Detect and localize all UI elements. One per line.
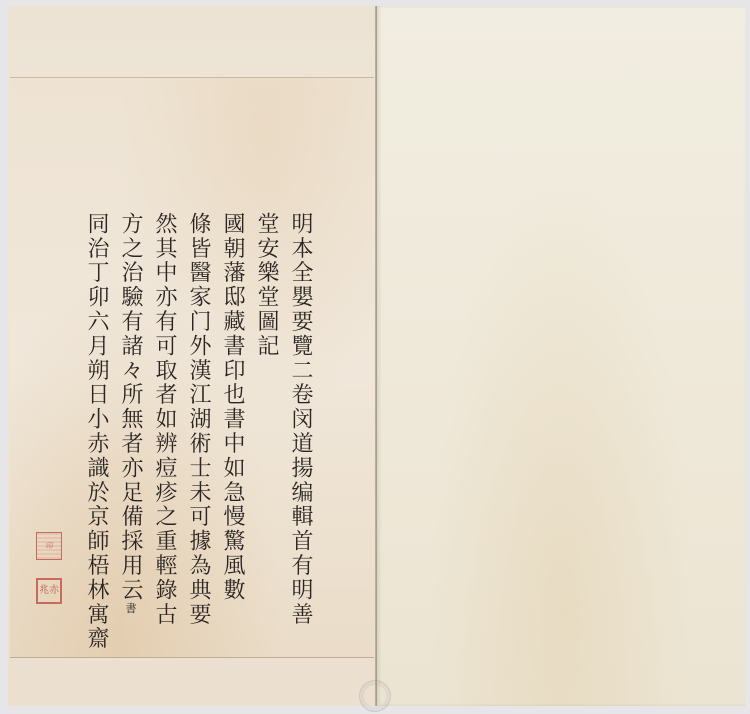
seal-group: 印 兆赤	[36, 532, 62, 604]
text-column-6: 方之治驗有諸々所無者亦足備採用云書	[116, 212, 144, 632]
seal-square-name: 兆赤	[36, 578, 62, 604]
text-column-6-suffix: 書	[124, 602, 137, 613]
library-watermark-icon	[359, 680, 391, 712]
text-column-3: 國朝藩邸藏書印也書中如急慢驚風數	[218, 212, 246, 632]
text-column-4: 條皆醫家门外漢江湖術士未可據為典要	[184, 212, 212, 632]
calligraphy-text: 明本全嬰要覽二卷闵道揚编輯首有明善 堂安樂堂圖記 國朝藩邸藏書印也書中如急慢驚風…	[54, 212, 314, 632]
text-column-1: 明本全嬰要覽二卷闵道揚编輯首有明善	[286, 212, 314, 632]
text-column-5: 然其中亦有可取者如辨痘疹之重輕錄古	[150, 212, 178, 632]
right-page	[376, 6, 745, 706]
text-column-6-main: 方之治驗有諸々所無者亦足備採用云	[118, 212, 143, 602]
text-column-2: 堂安樂堂圖記	[252, 212, 280, 632]
seal-square-relief: 印	[36, 532, 62, 560]
text-column-7: 同治丁卯六月朔日小赤識於京師梧林寓齋	[82, 212, 110, 632]
